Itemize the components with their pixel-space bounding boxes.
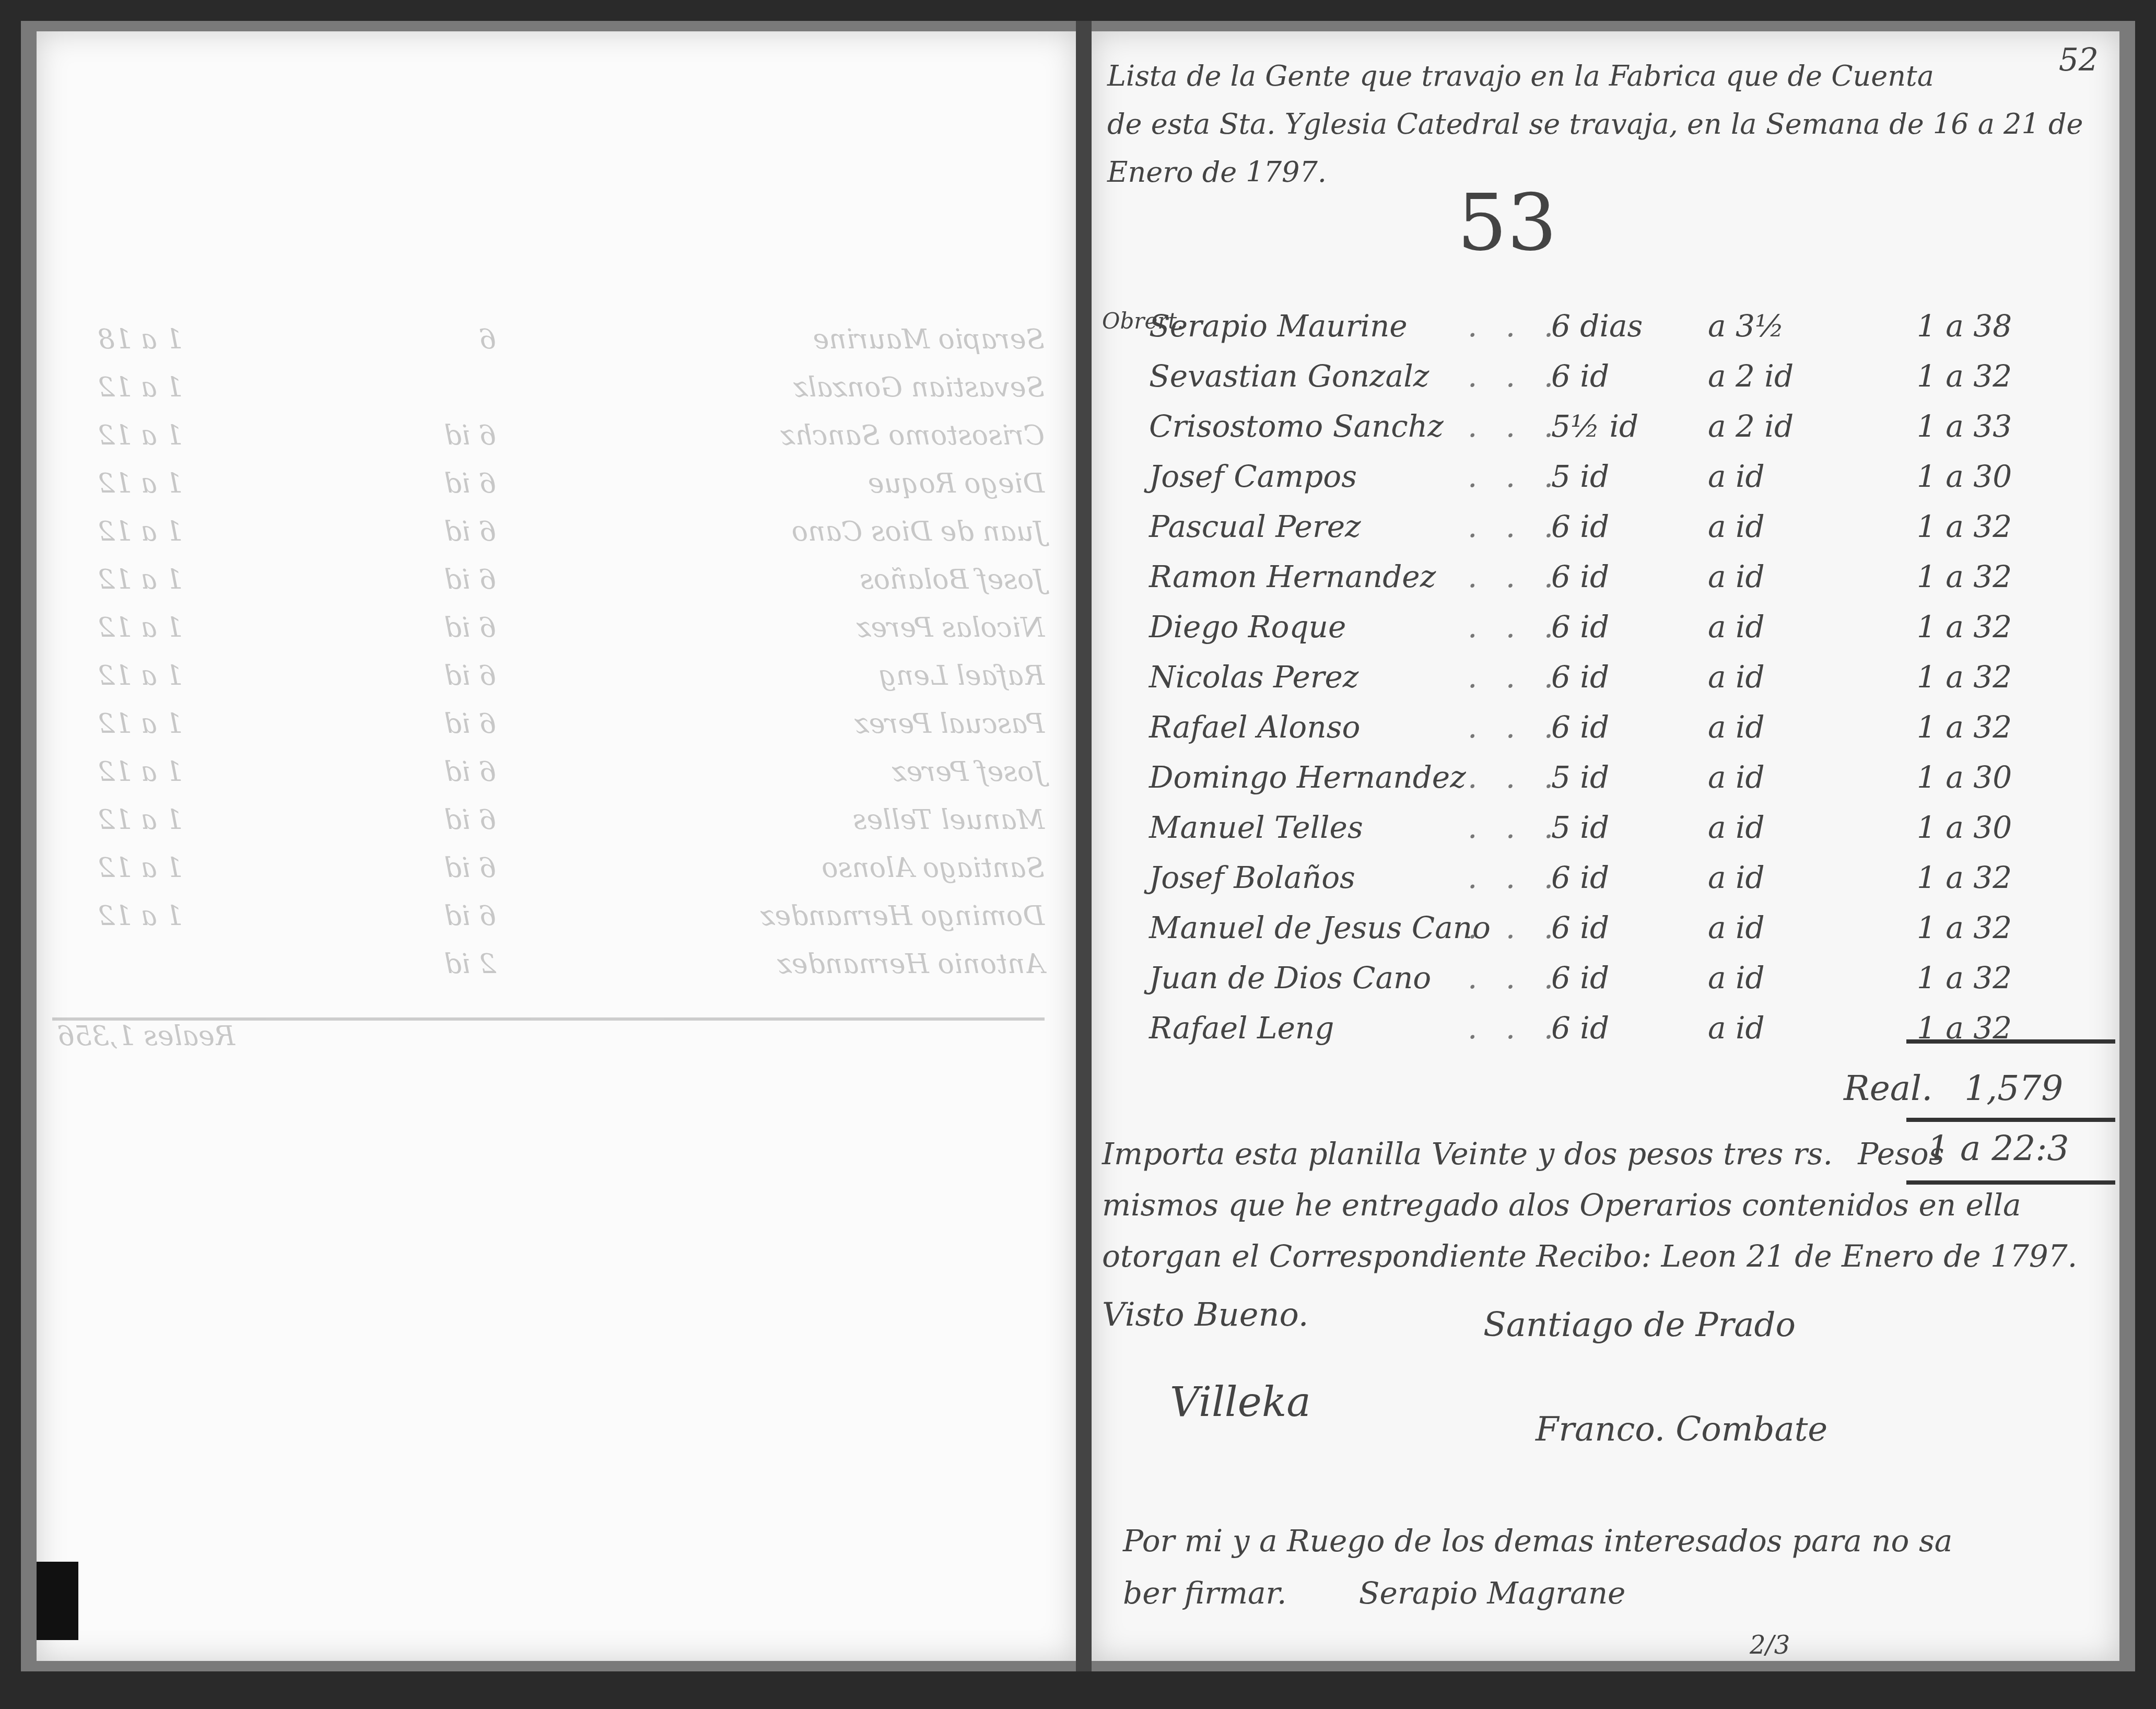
left-row-total: 1 a 12: [98, 852, 183, 884]
worker-total: 1 a 30: [1917, 759, 2012, 795]
worker-row: Josef Bolaños . . . 6 id a id 1 a 32: [1102, 860, 2094, 910]
worker-days: 6 id: [1551, 509, 1609, 544]
worker-rate: a 3½: [1708, 308, 1784, 344]
left-row-name: Josef Bolaños: [860, 564, 1045, 595]
worker-days: 6 id: [1551, 1010, 1609, 1046]
worker-row: Manuel de Jesus Cano . . . 6 id a id 1 a…: [1102, 910, 2094, 960]
left-row-name: Antonio Hernandez: [777, 949, 1045, 980]
leader-dots: . . .: [1468, 459, 1563, 494]
worker-name: Josef Campos: [1149, 459, 1357, 494]
total-rule-bottom: [1906, 1180, 2115, 1185]
worker-rate: a 2 id: [1708, 358, 1794, 394]
worker-total: 1 a 32: [1917, 709, 2012, 745]
leader-dots: . . .: [1468, 810, 1563, 845]
worker-rate: a id: [1708, 1010, 1765, 1046]
worker-rate: a id: [1708, 559, 1765, 594]
left-row-total: 1 a 12: [98, 372, 183, 403]
left-row: Domingo Hernandez 6 id 1 a 12: [52, 900, 1045, 949]
leader-dots: . . .: [1468, 358, 1563, 394]
worker-days: 6 id: [1551, 860, 1609, 895]
worker-rate: a 2 id: [1708, 408, 1794, 444]
left-row-days: 6 id: [444, 900, 496, 932]
book-gutter: [1076, 21, 1092, 1671]
visto-bueno: Visto Bueno.: [1102, 1295, 1308, 1333]
worker-total: 1 a 32: [1917, 659, 2012, 695]
summary-line-3: otorgan el Correspondiente Recibo: Leon …: [1102, 1231, 2094, 1282]
left-page: Serapio Maurine 6 1 a 18 Sevastian Gonza…: [37, 31, 1076, 1661]
right-page: 52 Lista de la Gente que travajo en la F…: [1092, 31, 2119, 1661]
left-row-days: 6 id: [444, 516, 496, 547]
worker-rate: a id: [1708, 910, 1765, 945]
worker-row: Nicolas Perez . . . 6 id a id 1 a 32: [1102, 659, 2094, 709]
leader-dots: . . .: [1468, 960, 1563, 996]
worker-name: Nicolas Perez: [1149, 659, 1358, 695]
leader-dots: . . .: [1468, 609, 1563, 645]
worker-rate: a id: [1708, 609, 1765, 645]
footer-attestation: Por mi y a Ruego de los demas interesado…: [1123, 1515, 2089, 1671]
left-row-total: 1 a 12: [98, 564, 183, 595]
left-row-days: 6 id: [444, 660, 496, 692]
left-row-total: 1 a 12: [98, 756, 183, 788]
footer-line-1: Por mi y a Ruego de los demas interesado…: [1123, 1515, 2089, 1567]
left-reales-total: Reales 1,356: [57, 1021, 235, 1052]
worker-name: Diego Roque: [1149, 609, 1346, 645]
left-row-name: Santiago Alonso: [822, 852, 1045, 884]
left-row: Josef Perez 6 id 1 a 12: [52, 756, 1045, 804]
worker-name: Domingo Hernandez: [1149, 759, 1466, 795]
worker-total: 1 a 32: [1917, 910, 2012, 945]
left-row-name: Nicolas Perez: [857, 612, 1045, 643]
worker-row: Juan de Dios Cano . . . 6 id a id 1 a 32: [1102, 960, 2094, 1010]
leader-dots: . . .: [1468, 408, 1563, 444]
footer-line-2: ber firmar. Serapio Magrane: [1123, 1567, 2089, 1619]
ledger-header: Lista de la Gente que travajo en la Fabr…: [1107, 52, 2100, 196]
left-row-days: 6 id: [444, 564, 496, 595]
worker-total: 1 a 32: [1917, 559, 2012, 594]
left-row: Josef Bolaños 6 id 1 a 12: [52, 564, 1045, 612]
left-row: Antonio Hernandez 2 id: [52, 949, 1045, 997]
worker-row: Josef Campos . . . 5 id a id 1 a 30: [1102, 459, 2094, 509]
leader-dots: . . .: [1468, 659, 1563, 695]
worker-total: 1 a 32: [1917, 960, 2012, 996]
worker-row: Manuel Telles . . . 5 id a id 1 a 30: [1102, 810, 2094, 860]
left-row: Crisostomo Sanchz 6 id 1 a 12: [52, 420, 1045, 468]
worker-days: 6 id: [1551, 910, 1609, 945]
worker-total: 1 a 32: [1917, 358, 2012, 394]
worker-rate: a id: [1708, 709, 1765, 745]
worker-days: 6 id: [1551, 659, 1609, 695]
total-rule-middle: [1906, 1118, 2115, 1122]
left-row: Sevastian Gonzalz 1 a 12: [52, 372, 1045, 420]
worker-row: Rafael Leng . . . 6 id a id 1 a 32: [1102, 1010, 2094, 1060]
worker-name: Crisostomo Sanchz: [1149, 408, 1444, 444]
worker-days: 6 id: [1551, 358, 1609, 394]
ledger-spread: Serapio Maurine 6 1 a 18 Sevastian Gonza…: [21, 21, 2135, 1671]
left-row-name: Serapio Maurine: [813, 324, 1045, 355]
worker-total: 1 a 32: [1917, 509, 2012, 544]
left-row: Nicolas Perez 6 id 1 a 12: [52, 612, 1045, 660]
header-line-2: de esta Sta. Yglesia Catedral se travaja…: [1107, 100, 2100, 148]
left-row-total: 1 a 12: [98, 468, 183, 499]
left-row-name: Sevastian Gonzalz: [793, 372, 1045, 403]
left-row-days: 6 id: [444, 756, 496, 788]
left-row-name: Manuel Telles: [853, 804, 1045, 836]
left-row-days: 6: [479, 324, 496, 355]
left-row-name: Crisostomo Sanchz: [781, 420, 1045, 451]
reales-value: 1,579: [1964, 1068, 2063, 1108]
left-row-name: Pascual Perez: [854, 708, 1045, 740]
worker-row: Pascual Perez . . . 6 id a id 1 a 32: [1102, 509, 2094, 559]
header-line-3: Enero de 1797.: [1107, 148, 2100, 196]
left-row: Rafael Leng 6 id 1 a 12: [52, 660, 1045, 708]
left-row-days: 2 id: [444, 949, 496, 980]
signature-serapio: Serapio Magrane: [1359, 1575, 1625, 1611]
footer-line-2-text: ber firmar.: [1123, 1575, 1286, 1611]
left-row-total: 1 a 12: [98, 516, 183, 547]
left-row-days: 6 id: [444, 804, 496, 836]
signature-francisco-combate: Franco. Combate: [1536, 1410, 1827, 1449]
signature-santiago-de-prado: Santiago de Prado: [1483, 1306, 1796, 1344]
left-row: Serapio Maurine 6 1 a 18: [52, 324, 1045, 372]
worker-rate: a id: [1708, 759, 1765, 795]
worker-days: 5½ id: [1551, 408, 1638, 444]
total-rule-top: [1906, 1039, 2115, 1044]
worker-rate: a id: [1708, 509, 1765, 544]
worker-days: 6 id: [1551, 960, 1609, 996]
worker-row: Diego Roque . . . 6 id a id 1 a 32: [1102, 609, 2094, 659]
worker-total: 1 a 30: [1917, 459, 2012, 494]
leader-dots: . . .: [1468, 308, 1563, 344]
footer-mark: 2/3: [1750, 1619, 2089, 1671]
sheet-number: 53: [1457, 178, 1557, 268]
leader-dots: . . .: [1468, 559, 1563, 594]
pesos-total: 1 a 22:3: [1927, 1128, 2069, 1168]
left-row-total: 1 a 12: [98, 900, 183, 932]
left-row-days: 6 id: [444, 852, 496, 884]
worker-days: 6 dias: [1551, 308, 1643, 344]
left-row-total: 1 a 12: [98, 804, 183, 836]
leader-dots: . . .: [1468, 860, 1563, 895]
worker-days: 6 id: [1551, 559, 1609, 594]
left-row: Pascual Perez 6 id 1 a 12: [52, 708, 1045, 756]
left-row: Santiago Alonso 6 id 1 a 12: [52, 852, 1045, 900]
summary-line-1-text: Importa esta planilla Veinte y dos pesos…: [1102, 1136, 1833, 1172]
worker-name: Juan de Dios Cano: [1149, 960, 1431, 996]
leader-dots: . . .: [1468, 910, 1563, 945]
worker-days: 5 id: [1551, 459, 1609, 494]
worker-name: Serapio Maurine: [1149, 308, 1408, 344]
left-row: Manuel Telles 6 id 1 a 12: [52, 804, 1045, 852]
left-row: Juan de Dios Cano 6 id 1 a 12: [52, 516, 1045, 564]
left-total-row: Reales 1,356: [52, 1017, 1045, 1074]
worker-rate: a id: [1708, 860, 1765, 895]
worker-total: 1 a 30: [1917, 810, 2012, 845]
worker-row: Obrert. Serapio Maurine . . . 6 dias a 3…: [1102, 308, 2094, 358]
worker-name: Josef Bolaños: [1149, 860, 1355, 895]
left-row-name: Josef Perez: [892, 756, 1045, 788]
worker-total: 1 a 38: [1917, 308, 2012, 344]
worker-days: 5 id: [1551, 759, 1609, 795]
left-page-bleed-through: Serapio Maurine 6 1 a 18 Sevastian Gonza…: [37, 31, 1076, 1661]
left-row-days: 6 id: [444, 420, 496, 451]
worker-name: Pascual Perez: [1149, 509, 1361, 544]
worker-name: Manuel Telles: [1149, 810, 1363, 845]
worker-list: Obrert. Serapio Maurine . . . 6 dias a 3…: [1102, 308, 2094, 1060]
left-row-name: Juan de Dios Cano: [792, 516, 1045, 547]
worker-row: Sevastian Gonzalz . . . 6 id a 2 id 1 a …: [1102, 358, 2094, 408]
worker-name: Rafael Leng: [1149, 1010, 1334, 1046]
worker-rate: a id: [1708, 960, 1765, 996]
worker-row: Rafael Alonso . . . 6 id a id 1 a 32: [1102, 709, 2094, 759]
left-row-days: 6 id: [444, 612, 496, 643]
leader-dots: . . .: [1468, 759, 1563, 795]
worker-rate: a id: [1708, 659, 1765, 695]
left-row-total: 1 a 12: [98, 708, 183, 740]
leader-dots: . . .: [1468, 1010, 1563, 1046]
left-row-total: 1 a 12: [98, 612, 183, 643]
left-row-total: 1 a 12: [98, 660, 183, 692]
left-row-total: 1 a 18: [98, 324, 183, 355]
worker-row: Domingo Hernandez . . . 5 id a id 1 a 30: [1102, 759, 2094, 810]
worker-row: Crisostomo Sanchz . . . 5½ id a 2 id 1 a…: [1102, 408, 2094, 459]
left-row-days: 6 id: [444, 708, 496, 740]
worker-days: 6 id: [1551, 709, 1609, 745]
worker-days: 6 id: [1551, 609, 1609, 645]
worker-row: Ramon Hernandez . . . 6 id a id 1 a 32: [1102, 559, 2094, 609]
worker-days: 5 id: [1551, 810, 1609, 845]
header-line-1: Lista de la Gente que travajo en la Fabr…: [1107, 52, 2100, 100]
leader-dots: . . .: [1468, 509, 1563, 544]
leader-dots: . . .: [1468, 709, 1563, 745]
left-row: Diego Roque 6 id 1 a 12: [52, 468, 1045, 516]
left-row-name: Diego Roque: [868, 468, 1045, 499]
worker-name: Ramon Hernandez: [1149, 559, 1436, 594]
reales-label: Real.: [1844, 1068, 1932, 1108]
worker-name: Manuel de Jesus Cano: [1149, 910, 1491, 945]
left-row-total: 1 a 12: [98, 420, 183, 451]
worker-name: Sevastian Gonzalz: [1149, 358, 1429, 394]
left-row-name: Rafael Leng: [878, 660, 1045, 692]
summary-line-2: mismos que he entregado alos Operarios c…: [1102, 1179, 2094, 1231]
worker-rate: a id: [1708, 810, 1765, 845]
worker-total: 1 a 32: [1917, 609, 2012, 645]
scan-edge-mark: [37, 1562, 78, 1640]
signature-villeka: Villeka: [1170, 1379, 1311, 1426]
worker-total: 1 a 33: [1917, 408, 2012, 444]
left-row-name: Domingo Hernandez: [760, 900, 1045, 932]
worker-rate: a id: [1708, 459, 1765, 494]
worker-name: Rafael Alonso: [1149, 709, 1360, 745]
reales-total: Real. 1,579: [1844, 1068, 2063, 1108]
worker-total: 1 a 32: [1917, 860, 2012, 895]
left-ledger-rows: Serapio Maurine 6 1 a 18 Sevastian Gonza…: [52, 324, 1045, 1074]
left-row-days: 6 id: [444, 468, 496, 499]
